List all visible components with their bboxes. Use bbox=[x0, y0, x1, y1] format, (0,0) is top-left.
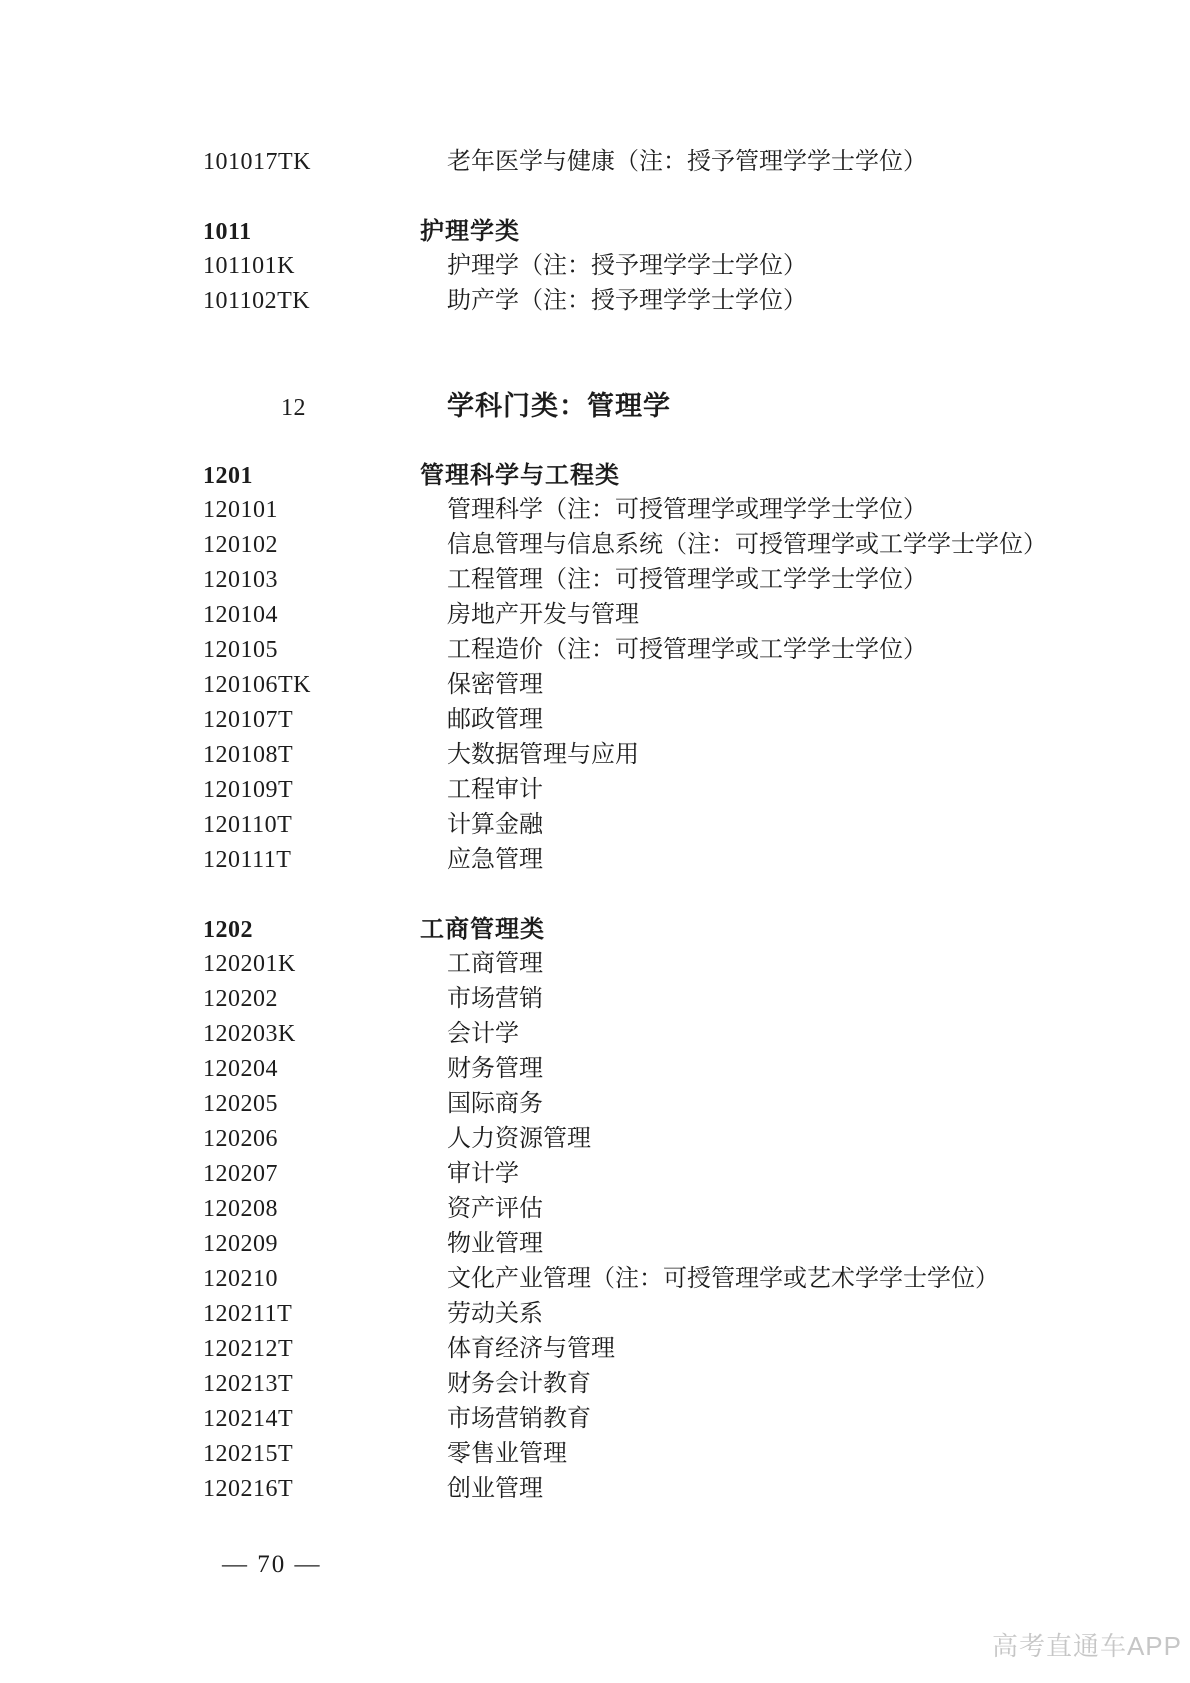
page-number: — 70 — bbox=[222, 1551, 322, 1579]
major-name: 管理科学（注：可授管理学或理学学士学位） bbox=[447, 497, 927, 523]
major-code: 120213T bbox=[203, 1367, 447, 1402]
major-name: 资产评估 bbox=[447, 1196, 543, 1222]
major-code: 120101 bbox=[203, 493, 447, 528]
catalog-row: 120106TK保密管理 bbox=[0, 668, 1190, 703]
catalog-row: 120107T邮政管理 bbox=[0, 703, 1190, 738]
catalog-row: 120206人力资源管理 bbox=[0, 1122, 1190, 1157]
major-code: 120212T bbox=[203, 1332, 447, 1367]
catalog-rows: 101017TK老年医学与健康（注：授予管理学学士学位）1011护理学类1011… bbox=[0, 0, 1190, 1507]
catalog-row: 120103工程管理（注：可授管理学或工学学士学位） bbox=[0, 563, 1190, 598]
major-code: 120203K bbox=[203, 1017, 447, 1052]
catalog-row: 120104房地产开发与管理 bbox=[0, 598, 1190, 633]
major-name: 房地产开发与管理 bbox=[447, 602, 639, 628]
major-name: 信息管理与信息系统（注：可授管理学或工学学士学位） bbox=[447, 532, 1047, 558]
major-code: 101102TK bbox=[203, 284, 447, 319]
watermark-text: 高考直通车APP bbox=[992, 1626, 1182, 1663]
major-code: 120106TK bbox=[203, 668, 447, 703]
catalog-row: 120108T大数据管理与应用 bbox=[0, 738, 1190, 773]
class-code: 1201 bbox=[203, 459, 420, 494]
major-name: 财务会计教育 bbox=[447, 1371, 591, 1397]
major-code: 120210 bbox=[203, 1262, 447, 1297]
class-header-row: 1202工商管理类 bbox=[0, 912, 1190, 947]
major-name: 护理学（注：授予理学学士学位） bbox=[447, 253, 807, 279]
major-name: 大数据管理与应用 bbox=[447, 742, 639, 768]
major-name: 老年医学与健康（注：授予管理学学士学位） bbox=[447, 149, 927, 175]
major-name: 体育经济与管理 bbox=[447, 1336, 615, 1362]
major-name: 国际商务 bbox=[447, 1091, 543, 1117]
class-code: 1011 bbox=[203, 215, 420, 250]
major-code: 120107T bbox=[203, 703, 447, 738]
major-code: 120211T bbox=[203, 1297, 447, 1332]
catalog-row: 120215T零售业管理 bbox=[0, 1437, 1190, 1472]
catalog-row: 120207审计学 bbox=[0, 1157, 1190, 1192]
catalog-row: 120205国际商务 bbox=[0, 1087, 1190, 1122]
major-name: 审计学 bbox=[447, 1161, 519, 1187]
major-code: 120216T bbox=[203, 1472, 447, 1507]
catalog-row: 120201K工商管理 bbox=[0, 947, 1190, 982]
major-code: 120109T bbox=[203, 773, 447, 808]
major-code: 120108T bbox=[203, 738, 447, 773]
major-name: 市场营销 bbox=[447, 986, 543, 1012]
catalog-row: 101102TK助产学（注：授予理学学士学位） bbox=[0, 284, 1190, 319]
catalog-row: 120202市场营销 bbox=[0, 982, 1190, 1017]
catalog-row: 120101管理科学（注：可授管理学或理学学士学位） bbox=[0, 493, 1190, 528]
class-name: 护理学类 bbox=[420, 218, 520, 245]
major-code: 120202 bbox=[203, 982, 447, 1017]
class-name: 管理科学与工程类 bbox=[420, 462, 620, 489]
major-code: 120209 bbox=[203, 1227, 447, 1262]
major-name: 人力资源管理 bbox=[447, 1126, 591, 1152]
major-name: 工程管理（注：可授管理学或工学学士学位） bbox=[447, 567, 927, 593]
catalog-row: 120212T体育经济与管理 bbox=[0, 1332, 1190, 1367]
major-name: 零售业管理 bbox=[447, 1441, 567, 1467]
catalog-row: 120102信息管理与信息系统（注：可授管理学或工学学士学位） bbox=[0, 528, 1190, 563]
document-page: 101017TK老年医学与健康（注：授予管理学学士学位）1011护理学类1011… bbox=[0, 0, 1190, 1683]
major-name: 市场营销教育 bbox=[447, 1406, 591, 1432]
catalog-row: 120210文化产业管理（注：可授管理学或艺术学学士学位） bbox=[0, 1262, 1190, 1297]
class-code: 1202 bbox=[203, 913, 420, 948]
major-code: 120214T bbox=[203, 1402, 447, 1437]
catalog-row: 120111T应急管理 bbox=[0, 843, 1190, 878]
major-code: 120103 bbox=[203, 563, 447, 598]
major-name: 邮政管理 bbox=[447, 707, 543, 733]
catalog-row: 120209物业管理 bbox=[0, 1227, 1190, 1262]
major-code: 120215T bbox=[203, 1437, 447, 1472]
catalog-row: 120203K会计学 bbox=[0, 1017, 1190, 1052]
catalog-row: 101017TK老年医学与健康（注：授予管理学学士学位） bbox=[0, 145, 1190, 180]
major-name: 助产学（注：授予理学学士学位） bbox=[447, 288, 807, 314]
major-code: 120105 bbox=[203, 633, 447, 668]
catalog-row: 120105工程造价（注：可授管理学或工学学士学位） bbox=[0, 633, 1190, 668]
major-name: 会计学 bbox=[447, 1021, 519, 1047]
major-code: 120102 bbox=[203, 528, 447, 563]
major-name: 应急管理 bbox=[447, 847, 543, 873]
major-code: 101101K bbox=[203, 249, 447, 284]
major-name: 物业管理 bbox=[447, 1231, 543, 1257]
major-code: 120110T bbox=[203, 808, 447, 843]
catalog-row: 120109T工程审计 bbox=[0, 773, 1190, 808]
major-code: 120104 bbox=[203, 598, 447, 633]
class-name: 工商管理类 bbox=[420, 916, 545, 943]
major-name: 工程审计 bbox=[447, 777, 543, 803]
class-header-row: 1011护理学类 bbox=[0, 214, 1190, 249]
catalog-row: 120208资产评估 bbox=[0, 1192, 1190, 1227]
major-name: 文化产业管理（注：可授管理学或艺术学学士学位） bbox=[447, 1266, 999, 1292]
category-code: 12 bbox=[281, 391, 447, 426]
major-code: 120208 bbox=[203, 1192, 447, 1227]
catalog-row: 120211T劳动关系 bbox=[0, 1297, 1190, 1332]
catalog-row: 120214T市场营销教育 bbox=[0, 1402, 1190, 1437]
major-name: 工商管理 bbox=[447, 951, 543, 977]
catalog-row: 120213T财务会计教育 bbox=[0, 1367, 1190, 1402]
major-name: 工程造价（注：可授管理学或工学学士学位） bbox=[447, 637, 927, 663]
major-name: 保密管理 bbox=[447, 672, 543, 698]
major-code: 120201K bbox=[203, 947, 447, 982]
major-name: 财务管理 bbox=[447, 1056, 543, 1082]
major-code: 120207 bbox=[203, 1157, 447, 1192]
major-code: 120206 bbox=[203, 1122, 447, 1157]
major-name: 创业管理 bbox=[447, 1476, 543, 1502]
class-header-row: 1201管理科学与工程类 bbox=[0, 458, 1190, 493]
category-title: 学科门类：管理学 bbox=[447, 391, 671, 421]
major-code: 120205 bbox=[203, 1087, 447, 1122]
catalog-row: 101101K护理学（注：授予理学学士学位） bbox=[0, 249, 1190, 284]
major-code: 120204 bbox=[203, 1052, 447, 1087]
category-heading-row: 12学科门类：管理学 bbox=[0, 389, 1190, 424]
major-name: 劳动关系 bbox=[447, 1301, 543, 1327]
catalog-row: 120216T创业管理 bbox=[0, 1472, 1190, 1507]
major-name: 计算金融 bbox=[447, 812, 543, 838]
catalog-row: 120204财务管理 bbox=[0, 1052, 1190, 1087]
catalog-row: 120110T计算金融 bbox=[0, 808, 1190, 843]
major-code: 101017TK bbox=[203, 145, 447, 180]
major-code: 120111T bbox=[203, 843, 447, 878]
